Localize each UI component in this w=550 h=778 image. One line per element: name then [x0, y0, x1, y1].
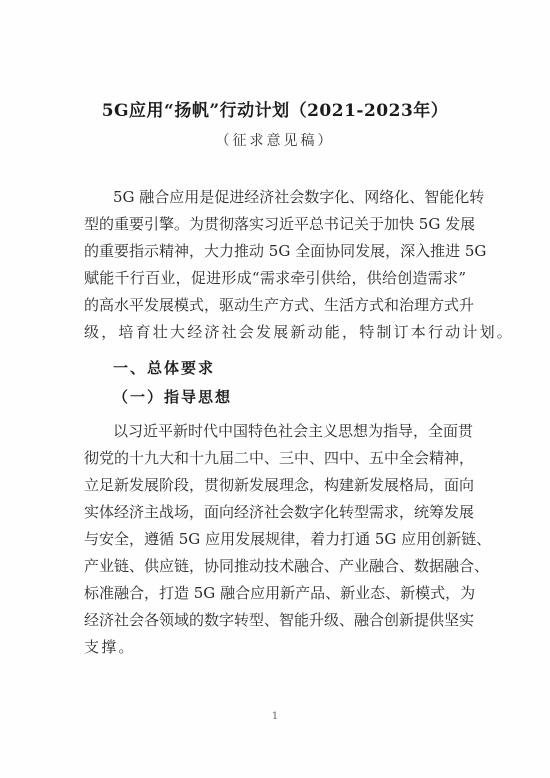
intro-line: 级，培育壮大经济社会发展新动能，特制订本行动计划。 — [84, 321, 466, 343]
subsection-heading: （一）指导思想 — [113, 386, 232, 408]
document-title: 5G应用“扬帆”行动计划（2021-2023年） — [0, 96, 550, 121]
body-line: 支撑。 — [84, 636, 466, 658]
intro-line: 的重要指示精神，大力推动 5G 全面协同发展，深入推进 5G — [84, 240, 466, 262]
body-line: 产业链、供应链，协同推动技术融合、产业融合、数据融合、 — [84, 555, 466, 577]
body-line: 以习近平新时代中国特色社会主义思想为指导，全面贯 — [113, 420, 466, 442]
intro-line: 赋能千行百业，促进形成“需求牵引供给，供给创造需求” — [84, 267, 466, 289]
section-heading: 一、总体要求 — [113, 357, 215, 379]
page-number: 1 — [0, 711, 550, 722]
intro-line: 5G 融合应用是促进经济社会数字化、网络化、智能化转 — [113, 186, 466, 208]
intro-line: 的高水平发展模式，驱动生产方式、生活方式和治理方式升 — [84, 294, 466, 316]
body-line: 标准融合，打造 5G 融合应用新产品、新业态、新模式，为 — [84, 582, 466, 604]
document-subtitle: （征求意见稿） — [0, 130, 550, 150]
document-page: 5G应用“扬帆”行动计划（2021-2023年） （征求意见稿） 5G 融合应用… — [0, 0, 550, 778]
body-line: 与安全，遵循 5G 应用发展规律，着力打通 5G 应用创新链、 — [84, 528, 466, 550]
body-line: 实体经济主战场，面向经济社会数字化转型需求，统筹发展 — [84, 501, 466, 523]
body-line: 彻党的十九大和十九届二中、三中、四中、五中全会精神， — [84, 447, 466, 469]
body-line: 立足新发展阶段，贯彻新发展理念，构建新发展格局，面向 — [84, 474, 466, 496]
body-line: 经济社会各领域的数字转型、智能升级、融合创新提供坚实 — [84, 609, 466, 631]
intro-line: 型的重要引擎。为贯彻落实习近平总书记关于加快 5G 发展 — [84, 213, 466, 235]
